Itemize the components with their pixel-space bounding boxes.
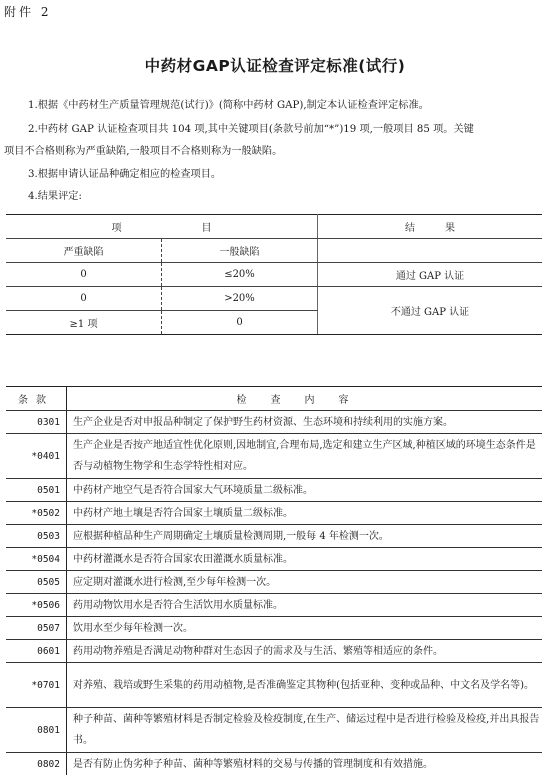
clause-code: *0401 [6,434,67,479]
general-defect-value: 0 [162,311,318,335]
clause-code: 0802 [6,753,67,775]
table-row: 0801 种子种苗、菌种等繁殖材料是否制定检验及检疫制度,在生产、储运过程中是否… [6,708,542,753]
document-title: 中药材GAP认证检查评定标准(试行) [0,54,550,76]
header-inspection-content: 检查内容 [67,387,543,411]
table-row: 0802 是否有防止伪劣种子种苗、菌种等繁殖材料的交易与传播的管理制度和有效措施… [6,753,542,775]
clause-content: 对养殖、栽培或野生采集的药用动植物,是否准确鉴定其物种(包括亚种、变种或品种、中… [67,663,543,708]
intro-paragraph-2-line-2: 项目不合格则称为严重缺陷,一般项目不合格则称为一般缺陷。 [4,144,282,160]
header-item: 项 目 [6,215,318,239]
clause-code: 0601 [6,640,67,663]
table-row: 0501 中药材产地空气是否符合国家大气环境质量二级标准。 [6,479,542,502]
clause-content: 生产企业是否对申报品种制定了保护野生药材资源、生态环境和持续利用的实施方案。 [67,411,543,434]
table-row: 0505 应定期对灌溉水进行检测,至少每年检测一次。 [6,571,542,594]
clause-code: *0504 [6,548,67,571]
clause-code: *0502 [6,502,67,525]
clause-content: 药用动物养殖是否满足动物种群对生态因子的需求及与生活、繁殖等相适应的条件。 [67,640,543,663]
result-table-header-row: 项 目 结 果 [6,215,542,239]
clause-content: 生产企业是否按产地适宜性优化原则,因地制宜,合理布局,选定和建立生产区域,种植区… [67,434,543,479]
inspection-items-table: 条款 检查内容 0301 生产企业是否对申报品种制定了保护野生药材资源、生态环境… [6,386,542,775]
clause-content: 饮用水至少每年检测一次。 [67,617,543,640]
clause-content: 是否有防止伪劣种子种苗、菌种等繁殖材料的交易与传播的管理制度和有效措施。 [67,753,543,775]
clause-content: 中药材灌溉水是否符合国家农田灌溉水质量标准。 [67,548,543,571]
clause-content: 应根据种植品种生产周期确定土壤质量检测周期,一般每 4 年检测一次。 [67,525,543,548]
clause-code: 0507 [6,617,67,640]
table-row: 0301 生产企业是否对申报品种制定了保护野生药材资源、生态环境和持续利用的实施… [6,411,542,434]
result-table-subheader-row: 严重缺陷 一般缺陷 [6,239,542,263]
result-value: 不通过 GAP 认证 [318,287,543,335]
general-defect-value: >20% [162,287,318,311]
clause-content: 中药材产地空气是否符合国家大气环境质量二级标准。 [67,479,543,502]
clause-code: 0301 [6,411,67,434]
clause-content: 药用动物饮用水是否符合生活饮用水质量标准。 [67,594,543,617]
table-row: *0504 中药材灌溉水是否符合国家农田灌溉水质量标准。 [6,548,542,571]
attachment-label: 附件 2 [4,3,51,20]
header-inspection-content-label: 检查内容 [237,395,373,406]
general-defect-value: ≤20% [162,263,318,287]
intro-paragraph-1: 1.根据《中药材生产质量管理规范(试行)》(简称中药材 GAP),制定本认证检查… [28,98,429,114]
result-table-row: 0 >20% 不通过 GAP 认证 [6,287,542,311]
table-row: *0401 生产企业是否按产地适宜性优化原则,因地制宜,合理布局,选定和建立生产… [6,434,542,479]
clause-code: *0701 [6,663,67,708]
intro-paragraph-3: 3.根据申请认证品种确定相应的检查项目。 [28,167,221,183]
clause-content: 种子种苗、菌种等繁殖材料是否制定检验及检疫制度,在生产、储运过程中是否进行检验及… [67,708,543,753]
inspection-table-header-row: 条款 检查内容 [6,387,542,411]
table-row: 0507 饮用水至少每年检测一次。 [6,617,542,640]
table-row: 0503 应根据种植品种生产周期确定土壤质量检测周期,一般每 4 年检测一次。 [6,525,542,548]
intro-paragraph-4: 4.结果评定: [28,189,82,205]
header-result: 结 果 [318,215,543,239]
intro-paragraph-2-line-1: 2.中药材 GAP 认证检查项目共 104 项,其中关键项目(条款号前加“*”)… [28,122,474,138]
clause-code: 0505 [6,571,67,594]
subheader-serious-defect: 严重缺陷 [6,239,162,263]
table-row: *0502 中药材产地土壤是否符合国家土壤质量二级标准。 [6,502,542,525]
subheader-general-defect: 一般缺陷 [162,239,318,263]
clause-code: 0501 [6,479,67,502]
clause-content: 中药材产地土壤是否符合国家土壤质量二级标准。 [67,502,543,525]
clause-content: 应定期对灌溉水进行检测,至少每年检测一次。 [67,571,543,594]
clause-code: 0503 [6,525,67,548]
table-row: *0506 药用动物饮用水是否符合生活饮用水质量标准。 [6,594,542,617]
subheader-result-blank [318,239,543,263]
clause-code: *0506 [6,594,67,617]
table-row: 0601 药用动物养殖是否满足动物种群对生态因子的需求及与生活、繁殖等相适应的条… [6,640,542,663]
serious-defect-value: 0 [6,263,162,287]
header-clause: 条款 [6,387,67,411]
result-table-row: 0 ≤20% 通过 GAP 认证 [6,263,542,287]
table-row: *0701 对养殖、栽培或野生采集的药用动植物,是否准确鉴定其物种(包括亚种、变… [6,663,542,708]
clause-code: 0801 [6,708,67,753]
result-evaluation-table: 项 目 结 果 严重缺陷 一般缺陷 0 ≤20% 通过 GAP 认证 0 >20… [6,214,542,335]
serious-defect-value: 0 [6,287,162,311]
result-value: 通过 GAP 认证 [318,263,543,287]
serious-defect-value: ≥1 项 [6,311,162,335]
